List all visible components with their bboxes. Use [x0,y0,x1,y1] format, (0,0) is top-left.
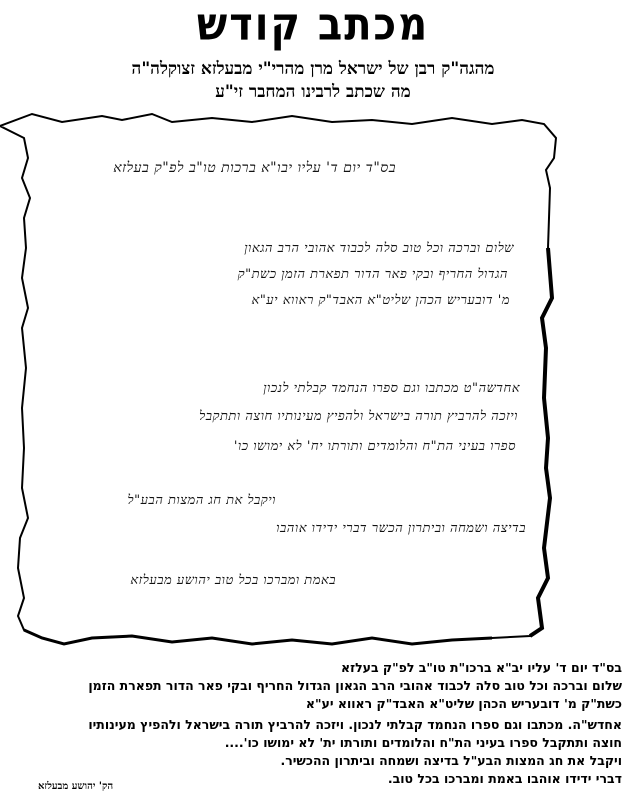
handwritten-line-8: ויקבל את חג המצות הבע"ל [128,492,276,508]
transcription-line-2: שלום וברכה וכל טוב סלה לכבוד אהובי הרב ה… [88,676,622,696]
handwritten-line-4: מ' דובעריש הכהן שליט"א האבד"ק ראווא יע"א [252,292,510,308]
scroll-border-icon [0,108,626,648]
handwritten-line-5: אחדשה"ט מכתבו וגם ספרו הנחמד קבלתי לנכון [263,380,520,396]
handwritten-line-1: בס"ד יום ד' עליו יבו"א ברכות טו"ב לפ"ק ב… [113,160,396,177]
handwritten-line-9: בדיצה ושמחה וביתרון הכשר דברי ידידו אוהב… [276,520,526,536]
handwritten-line-7: ספרו בעיני הת"ח והלומדים ותורתו יח' לא י… [234,438,516,454]
handwritten-line-3: הגדול החריף ובקי פאר הדור תפארת הזמן כשת… [238,266,508,282]
handwritten-line-2: שלום וברכה וכל טוב סלה לכבוד אהובי הרב ה… [244,240,514,256]
transcription-line-1: בס"ד יום ד' עליו יב"א ברכו"ת טו"ב לפ"ק ב… [341,658,622,678]
transcription-line-6: ויקבל את חג המצות הבע"ל בדיצה ושמחה ובית… [280,751,622,771]
handwritten-line-6: ויזכה להרביץ תורה בישראל ולהפיץ מעינותיו… [199,408,518,424]
page-title: מכתב קודש [0,0,626,54]
transcription-line-5: חוצה ותתקבל ספרו בעיני הת"ח והלומדים ותו… [225,733,622,753]
transcription-line-4: אחדש"ה. מכתבו וגם ספרו הנחמד קבלתי לנכון… [88,715,622,735]
transcription-line-3: כשת"ק מ' דובעריש הכהן שליט"א האבד"ק ראוו… [306,694,622,714]
transcription-line-7: דברי ידידו אוהבו באמת ומברכו בכל טוב. [388,769,622,789]
signature: הק' יהושע מבעלזא [38,781,113,792]
handwritten-letter-scroll: בס"ד יום ד' עליו יבו"א ברכות טו"ב לפ"ק ב… [0,108,626,648]
typed-transcription: בס"ד יום ד' עליו יב"א ברכו"ת טו"ב לפ"ק ב… [0,658,626,800]
subtitle-line-2: מה שכתב לרבינו המחבר זי"ע [0,81,626,103]
handwritten-line-10: באמת ומברכו בכל טוב יהושע מבעלזא [130,572,336,588]
subtitle-line-1: מהגה"ק רבן של ישראל מרן מהרי"י מבעלזא זצ… [0,58,626,80]
